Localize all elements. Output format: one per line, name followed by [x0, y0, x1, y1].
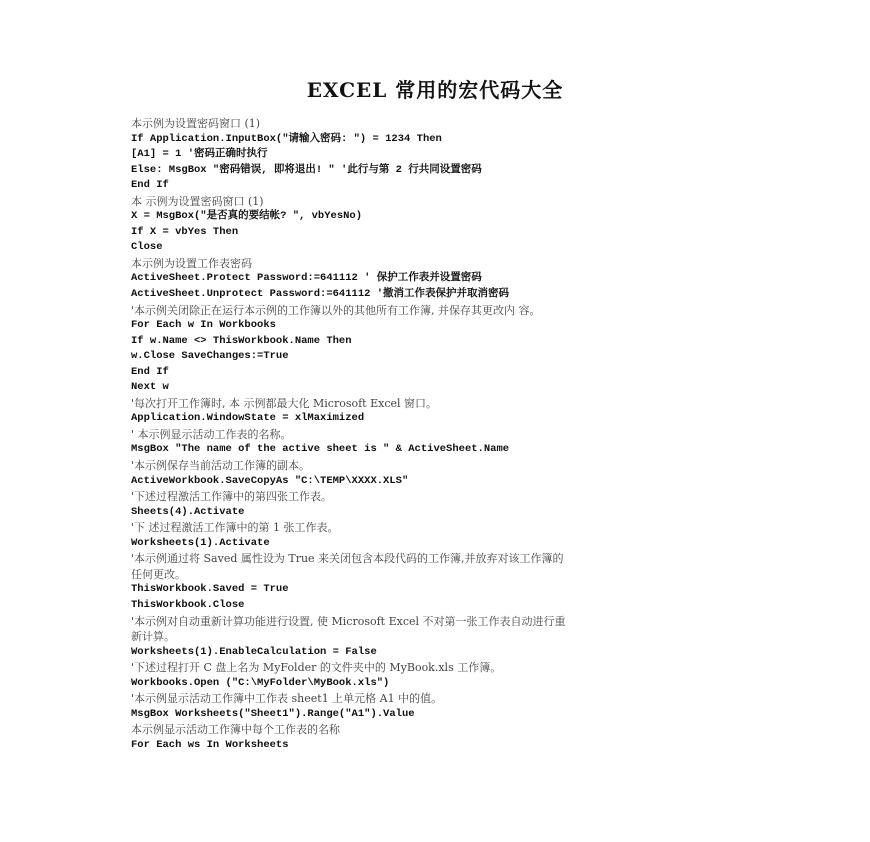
comment-line: 本示例为设置工作表密码: [131, 256, 751, 272]
code-line: ActiveSheet.Unprotect Password:=641112 '…: [131, 287, 751, 303]
code-line: ThisWorkbook.Close: [131, 598, 751, 614]
code-line: Close: [131, 240, 751, 256]
comment-line: '下述过程打开 C 盘上名为 MyFolder 的文件夹中的 MyBook.xl…: [131, 660, 751, 676]
code-line: MsgBox "The name of the active sheet is …: [131, 442, 751, 458]
code-line: Workbooks.Open ("C:\MyFolder\MyBook.xls"…: [131, 676, 751, 692]
code-listing: 本示例为设置密码窗口 (1)If Application.InputBox("请…: [131, 116, 751, 753]
code-line: ActiveSheet.Protect Password:=641112 ' 保…: [131, 271, 751, 287]
code-line: Application.WindowState = xlMaximized: [131, 411, 751, 427]
comment-line: '本示例保存当前活动工作簿的副本。: [131, 458, 751, 474]
code-line: Sheets(4).Activate: [131, 505, 751, 521]
code-line: Next w: [131, 380, 751, 396]
page-title: EXCEL 常用的宏代码大全: [0, 74, 870, 103]
code-line: For Each w In Workbooks: [131, 318, 751, 334]
comment-line: 本 示例为设置密码窗口 (1): [131, 194, 751, 210]
code-line: Worksheets(1).EnableCalculation = False: [131, 645, 751, 661]
code-line: For Each ws In Worksheets: [131, 738, 751, 754]
comment-line: 新计算。: [131, 629, 751, 645]
code-line: End If: [131, 178, 751, 194]
document-page: EXCEL 常用的宏代码大全 本示例为设置密码窗口 (1)If Applicat…: [0, 0, 870, 842]
comment-line: '本示例关闭除正在运行本示例的工作簿以外的其他所有工作簿, 并保存其更改内 容。: [131, 303, 751, 319]
code-line: ThisWorkbook.Saved = True: [131, 582, 751, 598]
code-line: End If: [131, 365, 751, 381]
comment-line: '下述过程激活工作簿中的第四张工作表。: [131, 489, 751, 505]
comment-line: 本示例显示活动工作簿中每个工作表的名称: [131, 722, 751, 738]
comment-line: '下 述过程激活工作簿中的第 1 张工作表。: [131, 520, 751, 536]
comment-line: '每次打开工作簿时, 本 示例都最大化 Microsoft Excel 窗口。: [131, 396, 751, 412]
comment-line: '本示例通过将 Saved 属性设为 True 来关闭包含本段代码的工作簿,并放…: [131, 551, 751, 567]
comment-line: ' 本示例显示活动工作表的名称。: [131, 427, 751, 443]
code-line: [A1] = 1 '密码正确时执行: [131, 147, 751, 163]
code-line: If Application.InputBox("请输入密码: ") = 123…: [131, 132, 751, 148]
code-line: X = MsgBox("是否真的要结帐? ", vbYesNo): [131, 209, 751, 225]
code-line: MsgBox Worksheets("Sheet1").Range("A1").…: [131, 707, 751, 723]
comment-line: '本示例对自动重新计算功能进行设置, 使 Microsoft Excel 不对第…: [131, 614, 751, 630]
code-line: Else: MsgBox "密码错误, 即将退出! " '此行与第 2 行共同设…: [131, 163, 751, 179]
comment-line: '本示例显示活动工作簿中工作表 sheet1 上单元格 A1 中的值。: [131, 691, 751, 707]
code-line: If X = vbYes Then: [131, 225, 751, 241]
code-line: If w.Name <> ThisWorkbook.Name Then: [131, 334, 751, 350]
comment-line: 任何更改。: [131, 567, 751, 583]
code-line: Worksheets(1).Activate: [131, 536, 751, 552]
code-line: ActiveWorkbook.SaveCopyAs "C:\TEMP\XXXX.…: [131, 474, 751, 490]
comment-line: 本示例为设置密码窗口 (1): [131, 116, 751, 132]
code-line: w.Close SaveChanges:=True: [131, 349, 751, 365]
